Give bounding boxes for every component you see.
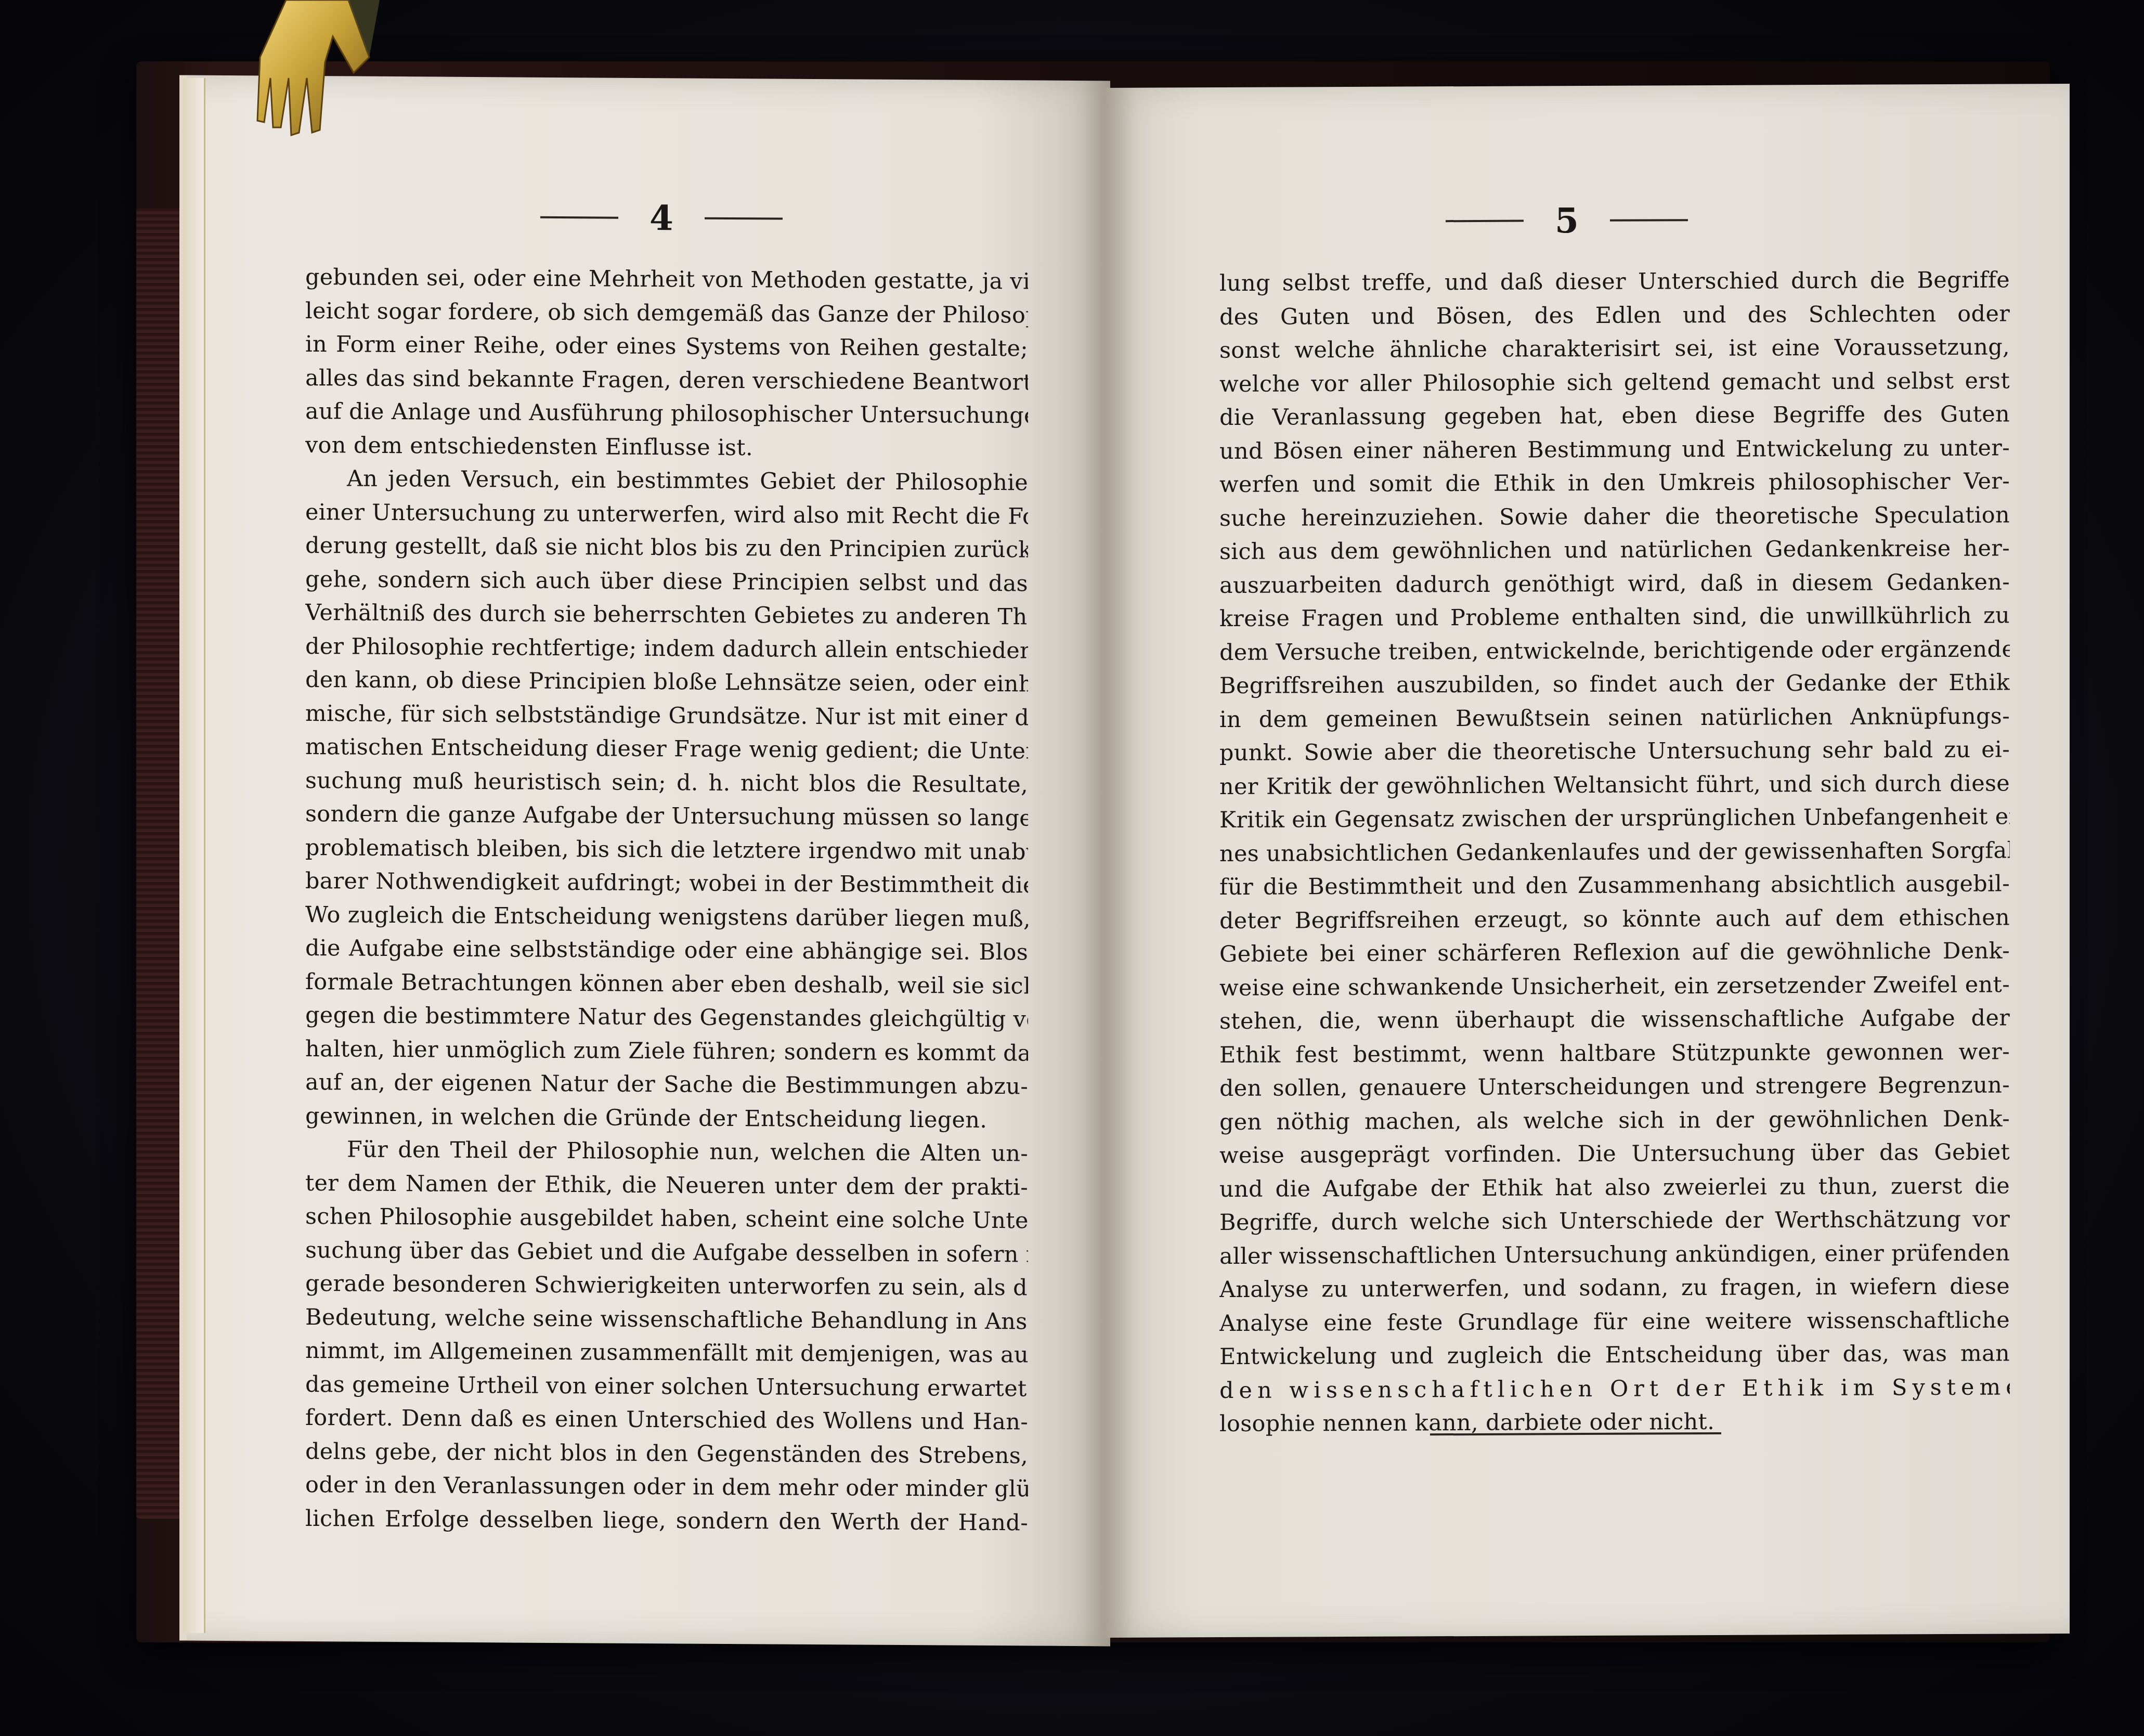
brass-hand-bookmark-icon[interactable] [192, 0, 380, 187]
text-line: delns gebe, der nicht blos in den Gegens… [305, 1435, 1028, 1473]
text-line: oder in den Veranlassungen oder in dem m… [305, 1468, 1028, 1506]
text-line: gen nöthig machen, als welche sich in de… [1219, 1102, 2010, 1139]
text-line: Analyse eine feste Grundlage für eine we… [1219, 1303, 2010, 1340]
text-line: das gemeine Urtheil von einer solchen Un… [305, 1368, 1028, 1406]
page-number-left: 4 [540, 197, 783, 239]
text-line: Gebiete bei einer schärferen Reflexion a… [1219, 934, 2010, 971]
text-line: suchung über das Gebiet und die Aufgabe … [305, 1234, 1028, 1272]
text-line: halten, hier unmöglich zum Ziele führen;… [305, 1032, 1028, 1070]
text-line: Begriffe, durch welche sich Unterschiede… [1219, 1202, 2010, 1239]
page-number-left-text: 4 [649, 198, 673, 238]
right-page: 5 lung selbst treffe, und daß dieser Unt… [1105, 84, 2070, 1638]
text-line: problematisch bleiben, bis sich die letz… [305, 831, 1028, 869]
right-page-body: lung selbst treffe, und daß dieser Unter… [1219, 263, 2010, 1441]
text-line: und die Aufgabe der Ethik hat also zweie… [1219, 1169, 2010, 1206]
text-line: lichen Erfolge desselben liege, sondern … [305, 1502, 1028, 1540]
text-line: leicht sogar fordere, ob sich demgemäß d… [305, 294, 1028, 332]
text-line: nes unabsichtlichen Gedankenlaufes und d… [1219, 834, 2010, 871]
left-page-body: gebunden sei, oder eine Mehrheit von Met… [305, 261, 1028, 1539]
text-line: losophie nennen kann, darbiete oder nich… [1219, 1404, 2010, 1441]
text-line: fordert. Denn daß es einen Unterschied d… [305, 1401, 1028, 1439]
text-line: lung selbst treffe, und daß dieser Unter… [1219, 263, 2010, 300]
page-number-right-text: 5 [1555, 200, 1579, 241]
page-fore-edge [183, 78, 205, 1633]
text-line: matischen Entscheidung dieser Frage weni… [305, 730, 1028, 768]
text-line: auf die Anlage und Ausführung philosophi… [305, 395, 1028, 433]
text-line: sondern die ganze Aufgabe der Untersuchu… [305, 797, 1028, 835]
text-line: ter dem Namen der Ethik, die Neueren unt… [305, 1167, 1028, 1204]
text-line: der Philosophie rechtfertige; indem dadu… [305, 630, 1028, 668]
text-line: den wissenschaftlichen Ort der Ethik im … [1219, 1370, 2010, 1407]
text-line: werfen und somit die Ethik in den Umkrei… [1219, 464, 2010, 501]
text-line: Wo zugleich die Entscheidung wenigstens … [305, 898, 1028, 936]
folio-rule-right [705, 217, 783, 220]
text-line: weise eine schwankende Unsicherheit, ein… [1219, 968, 2010, 1005]
text-line: formale Betrachtungen können aber eben d… [305, 965, 1028, 1003]
text-line: barer Nothwendigkeit aufdringt; wobei in… [305, 864, 1028, 902]
text-line: Analyse zu unterwerfen, und sodann, zu f… [1219, 1269, 2010, 1306]
page-number-right: 5 [1446, 200, 1688, 241]
folio-rule-left [540, 216, 618, 219]
text-line: gewinnen, in welchen die Gründe der Ents… [305, 1099, 1028, 1137]
text-line: in Form einer Reihe, oder eines Systems … [305, 328, 1028, 366]
text-line: stehen, die, wenn überhaupt die wissensc… [1219, 1001, 2010, 1038]
text-line: gebunden sei, oder eine Mehrheit von Met… [305, 261, 1028, 299]
text-line: Ethik fest bestimmt, wenn haltbare Stütz… [1219, 1035, 2010, 1072]
text-line: des Guten und Bösen, des Edlen und des S… [1219, 297, 2010, 334]
text-line: Kritik ein Gegensatz zwischen der ursprü… [1219, 800, 2010, 837]
text-line: welche vor aller Philosophie sich gelten… [1219, 364, 2010, 401]
paragraph-start: Für den Theil der Philosophie nun, welch… [305, 1133, 1028, 1171]
text-line: einer Untersuchung zu unterwerfen, wird … [305, 496, 1028, 534]
text-line: auszuarbeiten dadurch genöthigt wird, da… [1219, 565, 2010, 602]
paragraph-start: An jeden Versuch, ein bestimmtes Gebiet … [305, 462, 1028, 500]
text-line: gehe, sondern sich auch über diese Princ… [305, 563, 1028, 601]
left-page: 4 gebunden sei, oder eine Mehrheit von M… [179, 75, 1110, 1647]
text-line: die Veranlassung gegeben hat, eben diese… [1219, 397, 2010, 434]
text-line: punkt. Sowie aber die theoretische Unter… [1219, 733, 2010, 770]
text-line: Bedeutung, welche seine wissenschaftlich… [305, 1301, 1028, 1339]
text-line: die Aufgabe eine selbstständige oder ein… [305, 931, 1028, 969]
text-line: sich aus dem gewöhnlichen und natürliche… [1219, 532, 2010, 568]
text-line: Verhältniß des durch sie beherrschten Ge… [305, 596, 1028, 634]
text-line: suche hereinzuziehen. Sowie daher die th… [1219, 498, 2010, 535]
text-line: den sollen, genauere Unterscheidungen un… [1219, 1068, 2010, 1105]
text-line: ner Kritik der gewöhnlichen Weltansicht … [1219, 767, 2010, 804]
text-line: schen Philosophie ausgebildet haben, sch… [305, 1200, 1028, 1238]
text-line: mische, für sich selbstständige Grundsät… [305, 697, 1028, 735]
text-line: gegen die bestimmtere Natur des Gegensta… [305, 999, 1028, 1037]
text-line: den kann, ob diese Principien bloße Lehn… [305, 663, 1028, 701]
text-line: Begriffsreihen auszubilden, so findet au… [1219, 666, 2010, 703]
text-line: und Bösen einer näheren Bestimmung und E… [1219, 431, 2010, 468]
text-line: gerade besonderen Schwierigkeiten unterw… [305, 1267, 1028, 1305]
text-line: in dem gemeinen Bewußtsein seinen natürl… [1219, 699, 2010, 736]
text-line: sonst welche ähnliche charakterisirt sei… [1219, 330, 2010, 367]
text-line: derung gestellt, daß sie nicht blos bis … [305, 529, 1028, 567]
text-line: von dem entschiedensten Einflusse ist. [305, 429, 1028, 467]
text-line: Entwickelung und zugleich die Entscheidu… [1219, 1337, 2010, 1374]
text-line: nimmt, im Allgemeinen zusammenfällt mit … [305, 1334, 1028, 1372]
text-line: kreise Fragen und Probleme enthalten sin… [1219, 599, 2010, 636]
text-line: weise ausgeprägt vorfinden. Die Untersuc… [1219, 1135, 2010, 1172]
folio-rule-left [1446, 220, 1524, 223]
text-line: alles das sind bekannte Fragen, deren ve… [305, 361, 1028, 399]
text-line: dem Versuche treiben, entwickelnde, beri… [1219, 632, 2010, 669]
text-line: suchung muß heuristisch sein; d. h. nich… [305, 764, 1028, 802]
folio-rule-right [1610, 219, 1688, 222]
text-line: auf an, der eigenen Natur der Sache die … [305, 1066, 1028, 1104]
text-line: deter Begriffsreihen erzeugt, so könnte … [1219, 901, 2010, 938]
text-line: aller wissenschaftlichen Untersuchung an… [1219, 1236, 2010, 1273]
text-line: für die Bestimmtheit und den Zusammenhan… [1219, 867, 2010, 904]
